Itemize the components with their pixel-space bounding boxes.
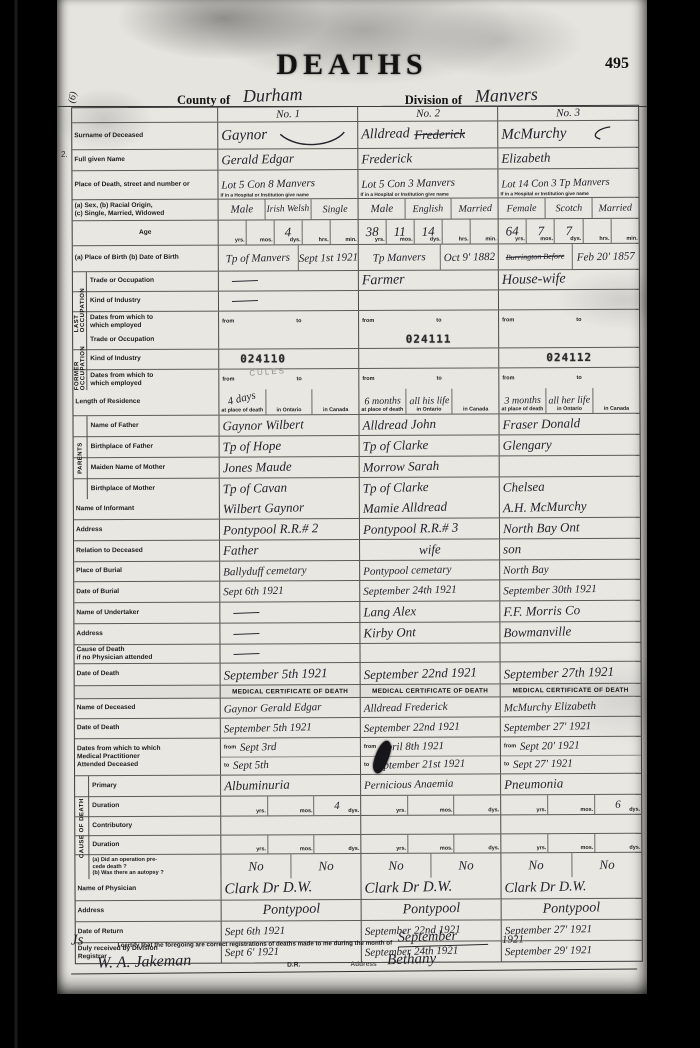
relation-value: son [503,541,521,557]
informant-value: Mamie Alldread [363,499,448,517]
label-line: (b) Was there an autopsy ? [92,870,218,878]
unit-label: mos. [440,846,453,852]
dates-employed-cell: fromto [359,368,499,389]
label-attended-dates: Dates from which to which Medical Practi… [75,739,221,776]
autopsy-value: No [318,858,334,874]
label-surname: Surname of Deceased [72,123,218,150]
county-value: Durham [242,84,302,107]
page-number: 495 [605,55,629,73]
burial-date-cell: September 30th 1921 [500,580,640,601]
date-of-death-cell: September 27th 1921 [501,662,641,684]
surname-cell: McMurchy [498,121,638,148]
place-of-death-cell: Lot 5 Con 3 Manvers If in a Hospital or … [358,169,498,198]
father-value: Gaynor Wilbert [222,416,304,434]
relation-cell: son [500,539,640,560]
parents-group: PARENTS Name of Father Gaynor Wilbert Al… [73,414,639,499]
from-label: from [362,376,374,382]
duration-cell: yrs. mos. 6dys. [501,795,641,815]
undertaker-cell: Lang Alex [360,601,500,622]
physician-value: Clark Dr D.W. [224,879,312,898]
cause-no-physician-cell [360,643,500,662]
undertaker-value: Lang Alex [363,603,416,620]
undertaker-cell: F.F. Morris Co [500,601,640,622]
informant-cell: Wilbert Gaynor [220,498,360,519]
unit-label: in Canada [313,407,359,413]
column-header: No. 1 [218,107,358,122]
med-name-value: Gaynor Gerald Edgar [224,701,322,715]
from-label: from [362,318,374,324]
attended-dates-cell: fromSept 3rd toSept 5th [221,738,361,775]
burial-place-value: Pontypool cemetary [363,563,452,577]
physician-address-cell: Pontypool [222,900,362,921]
unit-label: yrs. [396,846,406,852]
industry-cell [219,291,359,311]
to-label: to [364,762,369,768]
label-line: which employed [90,322,216,331]
burial-date-value: September 24th 1921 [363,584,457,598]
duration-dys: 4 [334,800,340,812]
label-undertaker: Name of Undertaker [74,603,220,624]
burial-date-cell: September 24th 1921 [360,580,500,601]
unit-label: yrs. [256,808,266,814]
corner-cell [72,108,218,123]
unit-label: in Ontario [406,407,452,413]
undertaker-value: F.F. Morris Co [503,602,580,620]
cause-of-death-group: CAUSE OF DEATH Primary Albuminuria Perni… [75,774,641,879]
registration-stamp-cell: 024112 [499,348,639,368]
father-birthplace-value: Tp of Hope [222,438,281,455]
mother-birthplace-cell: Tp of Cavan [220,478,360,499]
birth-cell: Tp of Manvers Sept 1st 1921 [219,245,359,271]
undertaker-address-value: Bowmanville [503,623,571,641]
birth-date-value: Feb 20' 1857 [577,250,635,263]
informant-value: Wilbert Gaynor [223,499,305,517]
date-of-death-value: September 22nd 1921 [363,664,477,683]
label-line: (c) Single, Married, Widowed [75,210,216,219]
place-of-death-value: Lot 14 Con 3 Tp Manvers [501,176,609,190]
physician-address-cell: Pontypool [502,899,642,920]
column-header: No. 3 [498,106,638,121]
trade-cell [219,331,359,349]
scan-background: DEATHS 495 (6) 2. County of Durham Divis… [0,0,700,1048]
label-primary-cause: Primary [75,776,221,797]
residence-cell: 3 monthsat place of death all her lifein… [499,388,639,414]
attended-dates-cell: fromSept 20' 1921 toSept 27' 1921 [501,737,641,774]
father-value: Alldread John [362,416,436,434]
dr-label: D.R. [287,961,300,969]
margin-note-2: 2. [61,150,68,159]
date-of-death-cell: September 5th 1921 [221,663,361,685]
surname-value: McMurchy [501,125,567,144]
cause-no-physician-cell [220,644,360,663]
unit-label: yrs. [396,808,406,814]
place-of-death-value: Lot 5 Con 8 Manvers [221,177,315,191]
unit-label: dys. [629,807,640,813]
surname-cell: Gaynor [218,122,358,149]
origin-value: English [413,203,444,215]
relation-value: Father [223,542,259,559]
father-birthplace-value: Tp of Clarke [362,437,428,455]
dates-employed-cell: fromto [499,368,639,389]
undertaker-cell [220,602,360,623]
physician-cell: Clark Dr D.W. [361,877,501,899]
unit-label: dys. [348,846,359,852]
mother-cell: Morrow Sarah [360,456,500,477]
unit-label: at place of death [499,406,545,412]
burial-date-value: September 30th 1921 [503,583,597,597]
unit-label: dys. [570,236,581,242]
duration-cell: yrs. mos. dys. [221,835,361,854]
medical-certificate-header: MEDICAL CERTIFICATE OF DEATH [361,684,501,697]
address-label: Address [350,961,376,969]
informant-address-value: North Bay Ont [503,519,580,537]
physician-address-cell: Pontypool [362,899,502,920]
relation-cell: wife [360,539,500,560]
father-birthplace-value: Glengary [502,437,551,454]
duration-cell: yrs. mos. dys. [361,834,501,853]
label-given-name: Full given Name [72,150,218,171]
physician-cell: Clark Dr D.W. [501,877,641,899]
informant-cell: Mamie Alldread [360,497,500,518]
label-dates-employed: Dates from which to which employed [73,370,219,391]
unit-label: yrs. [235,237,245,243]
unit-label: mos. [440,808,453,814]
parents-vertical-label: PARENTS [73,416,87,499]
med-date-cell: September 22nd 1921 [361,717,501,737]
label-relation: Relation to Deceased [74,541,220,562]
registration-stamp-cell: 024110 CULES [219,349,359,369]
unit-label: mos. [300,846,313,852]
birth-cell: Tp Manvers Oct 9' 1882 [359,244,499,270]
burial-place-value: Ballyduff cemetary [223,564,307,578]
unit-label: dys. [290,237,301,243]
trade-value: Farmer [362,272,405,289]
place-of-death-cell: Lot 5 Con 8 Manvers If in a Hospital or … [218,170,358,199]
label-operation-autopsy: (a) Did an operation pre- cede death ? (… [75,855,221,880]
unit-label: in Ontario [546,406,592,412]
residence-place-value: 6 months [364,395,401,407]
unit-label: yrs. [537,845,547,851]
former-occupation-group: FORMER OCCUPATION Trade or Occupation 02… [73,330,639,390]
unit-label: dys. [629,845,640,851]
registration-stamp-cell: 024111 [359,330,499,348]
physician-value: Clark Dr D.W. [504,879,586,897]
cause-no-physician-cell [500,643,640,662]
mother-cell [500,456,640,477]
surname-value: Alldread [361,126,410,143]
med-name-value: McMurchy Elizabeth [504,699,596,713]
label-trade: Trade or Occupation [73,272,219,292]
label-mother-birthplace: Birthplace of Mother [74,479,220,500]
unit-label: in Canada [453,406,499,412]
mother-birthplace-cell: Chelsea [500,477,640,498]
marital-value: Married [599,202,633,214]
physician-address-value: Pontypool [402,901,460,918]
unit-label: yrs. [536,807,546,813]
unit-label: yrs. [515,236,525,242]
residence-place-value: 3 months [504,395,541,407]
undertaker-address-cell [220,623,360,644]
trade-cell [499,330,639,348]
mother-cell: Jones Maude [220,457,360,478]
blank-dash [232,280,258,282]
unit-label: in Canada [593,406,639,412]
unit-label: dys. [488,807,499,813]
former-occupation-vertical-label: FORMER OCCUPATION [73,332,87,390]
date-of-death-cell: September 22nd 1921 [361,662,501,684]
given-name-cell: Gerald Edgar [218,149,358,170]
to-label: to [577,375,582,381]
medical-certificate-header: MEDICAL CERTIFICATE OF DEATH [501,684,641,697]
informant-value: A.H. McMurchy [503,498,587,516]
operation-value: No [248,858,264,874]
unit-label: min. [626,236,637,242]
autopsy-value: No [458,857,474,873]
from-label: from [502,375,514,381]
certification-footer: Js I certify that the foregoing are corr… [71,928,637,975]
label-burial-place: Place of Burial [74,562,220,582]
given-name-cell: Frederick [358,148,498,169]
to-label: to [504,762,509,768]
label-birth: (a) Place of Birth (b) Date of Birth [73,246,219,272]
mother-birthplace-value: Tp of Clarke [363,479,429,497]
duration-dys: 6 [615,798,621,810]
from-label: from [222,319,234,325]
surname-struck-value: Frederick [414,126,465,143]
label-contributory-cause: Contributory [75,817,221,836]
informant-address-value: Pontypool R.R.# 3 [363,520,459,538]
operation-value: No [528,857,544,873]
document-page: DEATHS 495 (6) 2. County of Durham Divis… [57,0,647,994]
burial-place-cell: Ballyduff cemetary [220,561,360,581]
residence-ontario-value: all his life [409,395,449,407]
age-cell: 38yrs. 11mos. 14dys. hrs. min. [359,219,499,244]
contributory-cause-cell [501,815,641,834]
unit-label: at place of death [359,407,405,413]
surname-cell: Alldread Frederick [358,121,498,148]
med-name-cell: McMurchy Elizabeth [501,697,641,717]
label-cause-no-physician: Cause of Death if no Physician attended [74,645,220,664]
father-cell: Alldread John [359,414,499,435]
undertaker-address-value: Kirby Ont [363,624,416,641]
informant-address-cell: Pontypool R.R.# 3 [360,518,500,539]
undertaker-address-cell: Bowmanville [500,622,640,643]
autopsy-value: No [599,857,615,873]
label-residence: Length of Residence [73,390,219,416]
hospital-note: If in a Hospital or Institution give nam… [361,193,449,198]
given-name-value: Gerald Edgar [221,151,294,169]
physician-address-value: Pontypool [543,900,601,917]
sex-value: Male [230,203,253,216]
marital-value: Single [322,203,347,215]
blank-dash [233,632,259,634]
unit-label: mos. [580,807,593,813]
label-industry: Kind of Industry [73,292,219,312]
duration-cell: yrs. mos. dys. [361,795,501,815]
medical-certificate-title: MEDICAL CERTIFICATE OF DEATH [224,688,357,696]
label-physician-address: Address [76,901,222,922]
sex-cell: Female Scotch Married [499,198,639,219]
primary-cause-value: Pneumonia [504,775,564,792]
label-line: Attended Deceased [77,761,218,770]
burial-place-value: North Bay [503,563,549,576]
unit-label: hrs. [459,237,469,243]
residence-cell: 4 daysat place of death in Ontario in Ca… [219,389,359,415]
place-of-death-value: Lot 5 Con 3 Manvers [361,177,455,191]
label-duration-contributory: Duration [75,836,221,855]
column-number: No. 3 [556,107,580,120]
unit-label: mos. [260,237,273,243]
contributory-cause-cell [221,816,361,835]
sex-value: Female [506,202,536,214]
blank-dash [232,300,258,302]
father-cell: Fraser Donald [499,414,639,435]
label-trade: Trade or Occupation [73,332,219,350]
unit-label: in Ontario [266,407,312,413]
label-informant-address: Address [74,520,220,541]
primary-cause-cell: Pneumonia [501,774,641,795]
trade-cell: House-wife [499,270,639,290]
label-age: Age [73,221,219,246]
to-label: to [297,376,302,382]
mother-birthplace-value: Tp of Cavan [223,480,288,498]
mother-value: Morrow Sarah [363,458,440,476]
father-birthplace-cell: Glengary [500,435,640,456]
primary-cause-value: Albuminuria [224,777,290,795]
med-name-cell: Alldread Frederick [361,697,501,717]
unit-label: dys. [430,237,441,243]
age-cell: yrs. mos. 4dys. hrs. min. [219,220,359,245]
blank-dash [234,653,260,655]
industry-cell [499,290,639,310]
medical-certificate-title: MEDICAL CERTIFICATE OF DEATH [364,687,497,695]
med-date-cell: September 27' 1921 [501,717,641,737]
sex-cell: Male English Married [359,198,499,219]
label-burial-date: Date of Burial [74,582,220,603]
given-name-value: Frederick [361,150,412,167]
relation-cell: Father [220,540,360,561]
operation-autopsy-cell: No No [221,854,361,879]
attended-from-value: Sept 20' 1921 [520,739,580,753]
column-number: No. 1 [276,108,300,121]
label-duration-primary: Duration [75,797,221,817]
burial-date-cell: Sept 6th 1921 [220,581,360,602]
medical-certificate-header: MEDICAL CERTIFICATE OF DEATH [221,685,361,698]
unit-label: mos. [400,237,413,243]
unit-label: at place of death [219,407,265,413]
birth-cell: Burrington Before Feb 20' 1857 [499,244,639,270]
label-date-of-death: Date of Death [75,664,221,686]
given-name-value: Elizabeth [501,150,550,167]
birth-place-value: Tp of Manvers [226,251,290,265]
last-occupation-group: LAST OCCUPATION Trade or Occupation Farm… [73,270,639,332]
father-cell: Gaynor Wilbert [219,415,359,436]
certify-year-value: 1921 [502,933,524,946]
med-date-value: September 27' 1921 [504,720,592,734]
certify-text: I certify that the foregoing are correct… [117,940,392,949]
date-of-death-value: September 5th 1921 [223,665,327,684]
trade-cell [219,271,359,291]
certify-month-value: September [398,928,488,948]
med-name-value: Alldread Frederick [364,700,448,714]
primary-cause-cell: Pernicious Anaemia [361,774,501,795]
age-cell: 64yrs. 7mos. 7dys. hrs. min. [499,219,639,244]
contributory-cause-cell [361,815,501,834]
primary-cause-value: Pernicious Anaemia [364,778,454,792]
hospital-note: If in a Hospital or Institution give nam… [221,193,309,198]
label-undertaker-address: Address [74,624,220,645]
father-birthplace-cell: Tp of Clarke [360,435,500,456]
pen-flourish [584,125,614,141]
sex-cell: Male Irish Welsh Single [219,199,359,220]
birth-place-struck: Burrington Before [506,251,565,261]
duration-cell: yrs. mos. 4dys. [221,796,361,816]
med-date-value: September 22nd 1921 [364,720,460,734]
county-label: County of [177,93,230,107]
unit-label: hrs. [319,237,329,243]
cause-of-death-vertical-label: CAUSE OF DEATH [75,776,89,879]
sex-value: Male [370,203,393,216]
date-of-death-value: September 27th 1921 [503,663,614,682]
unit-label: mos. [300,808,313,814]
to-label: to [296,318,301,324]
label-sex-origin-marital: (a) Sex, (b) Racial Origin, (c) Single, … [73,200,219,221]
unit-label: dys. [348,808,359,814]
relation-value: wife [419,541,441,558]
form-title: DEATHS [57,48,647,82]
attended-to-value: Sept 5th [233,759,269,772]
label-mother-maiden-name: Maiden Name of Mother [74,458,220,479]
med-date-cell: September 5th 1921 [221,718,361,738]
label-physician: Name of Physician [76,879,222,901]
to-label: to [576,317,581,323]
dates-employed-cell: fromto [499,310,639,331]
unit-label: min. [485,236,496,242]
operation-autopsy-cell: No No [361,853,501,878]
label-med-name-of-deceased: Name of Deceased [75,699,221,719]
place-of-death-cell: Lot 14 Con 3 Tp Manvers If in a Hospital… [498,169,638,198]
birth-date-value: Sept 1st 1921 [298,251,358,264]
registrar-address-value: Bethany [386,951,436,969]
to-label: to [436,318,441,324]
primary-cause-cell: Albuminuria [221,775,361,796]
label-father: Name of Father [73,416,219,437]
physician-value: Clark Dr D.W. [364,879,452,898]
residence-cell: 6 monthsat place of death all his lifein… [359,388,499,414]
given-name-cell: Elizabeth [498,148,638,169]
father-birthplace-cell: Tp of Hope [220,436,360,457]
to-label: to [224,763,229,769]
unit-label: yrs. [256,846,266,852]
residence-ontario-value: all her life [548,395,590,407]
label-informant: Name of Informant [74,499,220,520]
birth-place-value: Tp Manvers [372,251,425,264]
father-value: Fraser Donald [502,415,580,433]
label-industry: Kind of Industry [73,350,219,370]
attended-to-value: Sept 27' 1921 [513,758,573,772]
blank-dash [233,611,259,613]
medical-certificate-spacer [75,686,221,699]
attended-from-value: Sept 3rd [240,741,277,754]
residence-place-value: 4 days [226,389,257,408]
registration-number-stamp: 024110 [240,352,286,365]
unit-label: hrs. [599,236,609,242]
operation-value: No [388,858,404,874]
death-register-table: No. 1 No. 2 No. 3 Surname of Deceased Ga… [71,105,643,964]
dates-employed-cell: fromto [359,310,499,331]
column-header: No. 2 [358,106,498,121]
label-father-birthplace: Birthplace of Father [74,437,220,458]
